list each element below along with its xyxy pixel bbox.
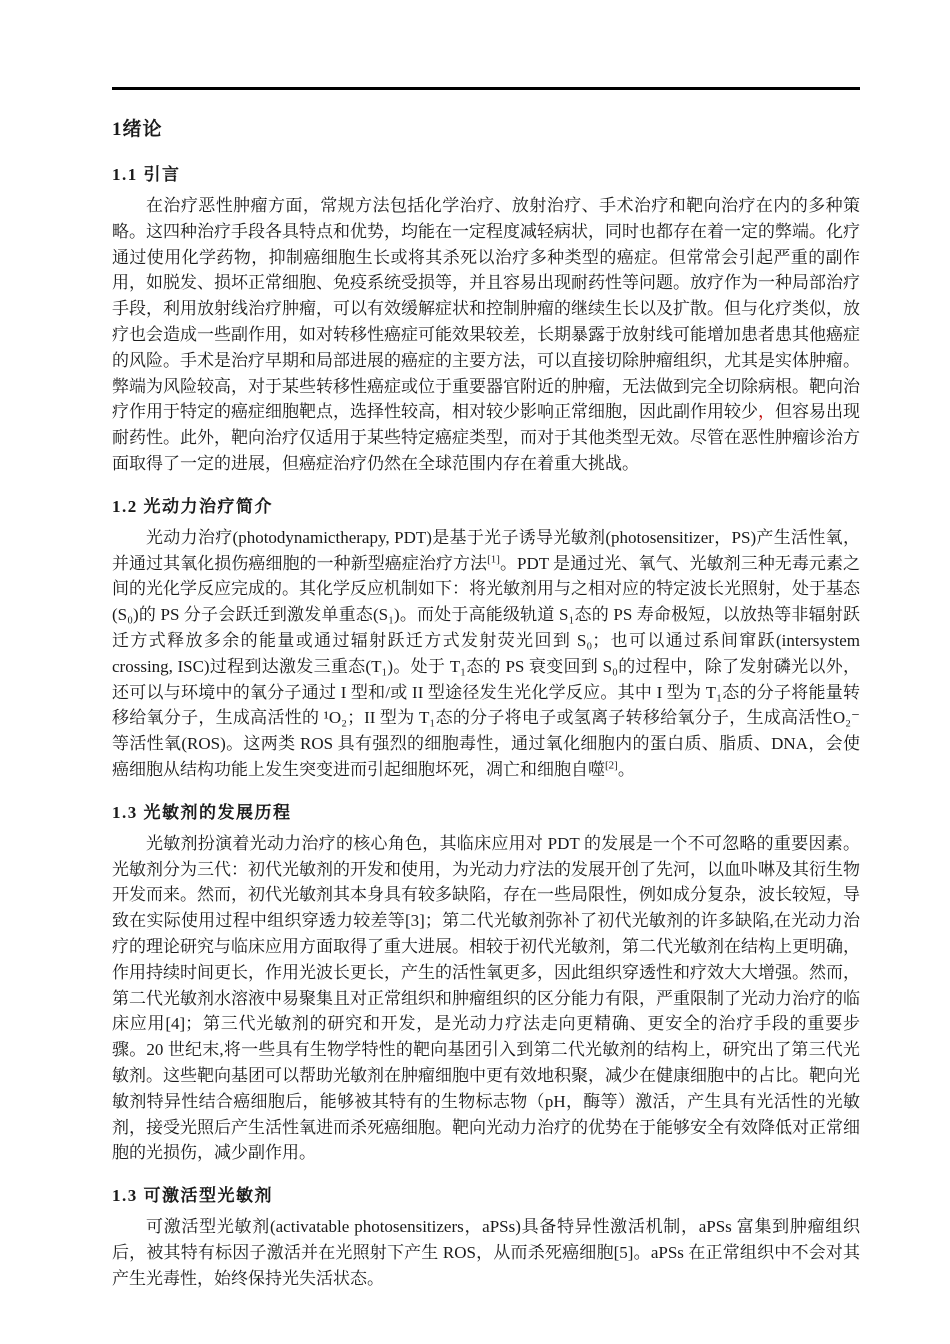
paragraph-1-1: 在治疗恶性肿瘤方面，常规方法包括化学治疗、放射治疗、手术治疗和靶向治疗在内的多种…: [112, 193, 860, 477]
citation-superscript: [1]: [487, 553, 500, 565]
text-run: 1.3 可激活型光敏剂: [112, 1186, 273, 1205]
section-heading-1-3-activatable: 1.3 可激活型光敏剂: [112, 1183, 860, 1209]
text-run: 可激活型光敏剂(activatable photosensitizers，aPS…: [112, 1217, 860, 1288]
document-body: 1绪论1.1 引言在治疗恶性肿瘤方面，常规方法包括化学治疗、放射治疗、手术治疗和…: [112, 89, 860, 1291]
section-heading-1-2: 1.2 光动力治疗简介: [112, 494, 860, 520]
section-heading-1-1: 1.1 引言: [112, 162, 860, 188]
text-run: 1.1 引言: [112, 165, 181, 184]
section-heading-1-3: 1.3 光敏剂的发展历程: [112, 800, 860, 826]
chapter-heading: 1绪论: [112, 115, 860, 145]
text-run: 1绪论: [112, 119, 163, 140]
text-run: 1.3 光敏剂的发展历程: [112, 803, 292, 822]
document-page: 1绪论1.1 引言在治疗恶性肿瘤方面，常规方法包括化学治疗、放射治疗、手术治疗和…: [0, 0, 950, 1344]
text-run: 1.2 光动力治疗简介: [112, 497, 273, 516]
red-comma: ，: [758, 402, 775, 421]
text-run: 。: [618, 760, 635, 779]
paragraph-1-2: 光动力治疗(photodynamictherapy, PDT)是基于光子诱导光敏…: [112, 525, 860, 783]
text-run: 光敏剂扮演着光动力治疗的核心角色，其临床应用对 PDT 的发展是一个不可忽略的重…: [112, 834, 860, 1163]
text-run: 。PDT 是通过光、氧气、光敏剂三种无毒元素之间的光化学反应完成的。其化学反应机…: [112, 554, 860, 779]
paragraph-1-3: 光敏剂扮演着光动力治疗的核心角色，其临床应用对 PDT 的发展是一个不可忽略的重…: [112, 831, 860, 1166]
text-run: 在治疗恶性肿瘤方面，常规方法包括化学治疗、放射治疗、手术治疗和靶向治疗在内的多种…: [112, 196, 860, 421]
paragraph-1-3-activatable: 可激活型光敏剂(activatable photosensitizers，aPS…: [112, 1214, 860, 1291]
citation-superscript: [2]: [605, 759, 618, 771]
